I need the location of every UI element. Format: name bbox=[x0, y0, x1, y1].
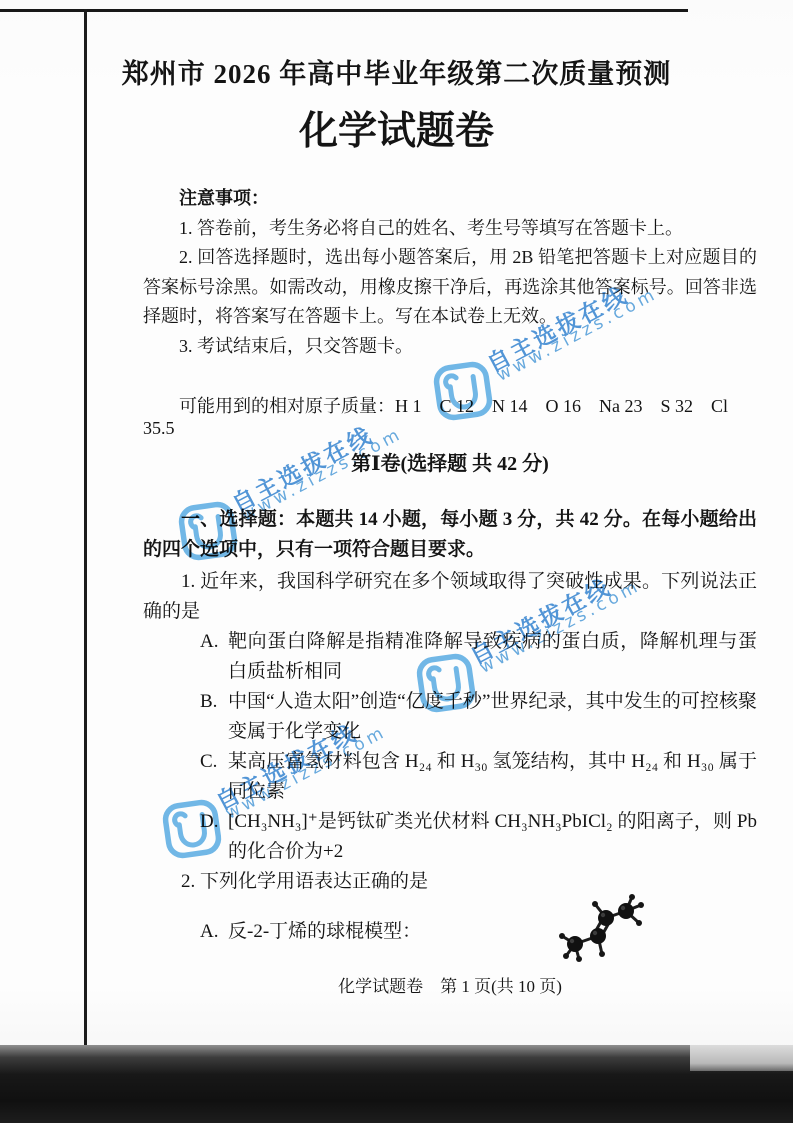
option-label: D. bbox=[200, 807, 218, 837]
option-text: 靶向蛋白降解是指精准降解导致疾病的蛋白质，降解机理与蛋白质盐析相同 bbox=[228, 631, 757, 682]
option-label: B. bbox=[200, 687, 217, 717]
q1-option-c: C. 某高压富氢材料包含 H₂₄ 和 H₃₀ 氢笼结构，其中 H₂₄ 和 H₃₀… bbox=[143, 747, 757, 807]
exam-paper-page: 郑州市 2026 年高中毕业年级第二次质量预测 化学试题卷 注意事项： 1. 答… bbox=[0, 0, 793, 1123]
scan-edge-top-line bbox=[0, 9, 688, 12]
scan-edge-left-line bbox=[84, 9, 87, 1045]
section1-heading: 第Ⅰ卷(选择题 共 42 分) bbox=[143, 447, 757, 476]
option-label: A. bbox=[200, 917, 218, 947]
paper-title: 郑州市 2026 年高中毕业年级第二次质量预测 bbox=[0, 52, 793, 91]
q1-option-b: B. 中国“人造太阳”创造“亿度千秒”世界纪录，其中发生的可控核聚变属于化学变化 bbox=[143, 687, 757, 747]
q1-option-a: A. 靶向蛋白降解是指精准降解导致疾病的蛋白质，降解机理与蛋白质盐析相同 bbox=[143, 627, 757, 687]
question-1-stem: 1. 近年来，我国科学研究在多个领域取得了突破性成果。下列说法正确的是 bbox=[143, 567, 757, 627]
q2-option-a: A. 反-2-丁烯的球棍模型： bbox=[143, 917, 793, 947]
page-footer: 化学试题卷 第 1 页(共 10 页) bbox=[143, 972, 757, 997]
atomic-masses-line: 可能用到的相对原子质量：H 1 C 12 N 14 O 16 Na 23 S 3… bbox=[143, 392, 757, 439]
notice-section: 注意事项： 1. 答卷前，考生务必将自己的姓名、考生号等填写在答题卡上。 2. … bbox=[143, 184, 757, 361]
mc-instruction: 一、选择题：本题共 14 小题，每小题 3 分，共 42 分。在每小题给出的四个… bbox=[143, 505, 757, 565]
trans-2-butene-ball-stick-model-icon bbox=[555, 891, 647, 969]
question-1-options: A. 靶向蛋白降解是指精准降解导致疾病的蛋白质，降解机理与蛋白质盐析相同 B. … bbox=[143, 627, 757, 867]
q1-option-d: D. [CH₃NH₃]⁺是钙钛矿类光伏材料 CH₃NH₃PbICl₂ 的阳离子，… bbox=[143, 807, 757, 867]
option-text: 中国“人造太阳”创造“亿度千秒”世界纪录，其中发生的可控核聚变属于化学变化 bbox=[228, 691, 757, 742]
notice-item-1: 1. 答卷前，考生务必将自己的姓名、考生号等填写在答题卡上。 bbox=[143, 214, 757, 244]
option-text: 反-2-丁烯的球棍模型： bbox=[228, 921, 421, 942]
option-label: A. bbox=[200, 627, 218, 657]
notice-item-3: 3. 考试结束后，只交答题卡。 bbox=[143, 332, 757, 362]
option-label: C. bbox=[200, 747, 217, 777]
scan-edge-bottom-band bbox=[0, 1045, 793, 1123]
paper-subtitle: 化学试题卷 bbox=[0, 100, 793, 156]
notice-heading: 注意事项： bbox=[143, 184, 757, 214]
option-text: 某高压富氢材料包含 H₂₄ 和 H₃₀ 氢笼结构，其中 H₂₄ 和 H₃₀ 属于… bbox=[228, 751, 757, 802]
notice-item-2: 2. 回答选择题时，选出每小题答案后，用 2B 铅笔把答题卡上对应题目的答案标号… bbox=[143, 243, 757, 332]
scan-edge-bottom-light-patch bbox=[690, 1045, 793, 1071]
option-text: [CH₃NH₃]⁺是钙钛矿类光伏材料 CH₃NH₃PbICl₂ 的阳离子，则 P… bbox=[228, 811, 757, 862]
question-2-stem: 2. 下列化学用语表达正确的是 bbox=[143, 867, 757, 897]
